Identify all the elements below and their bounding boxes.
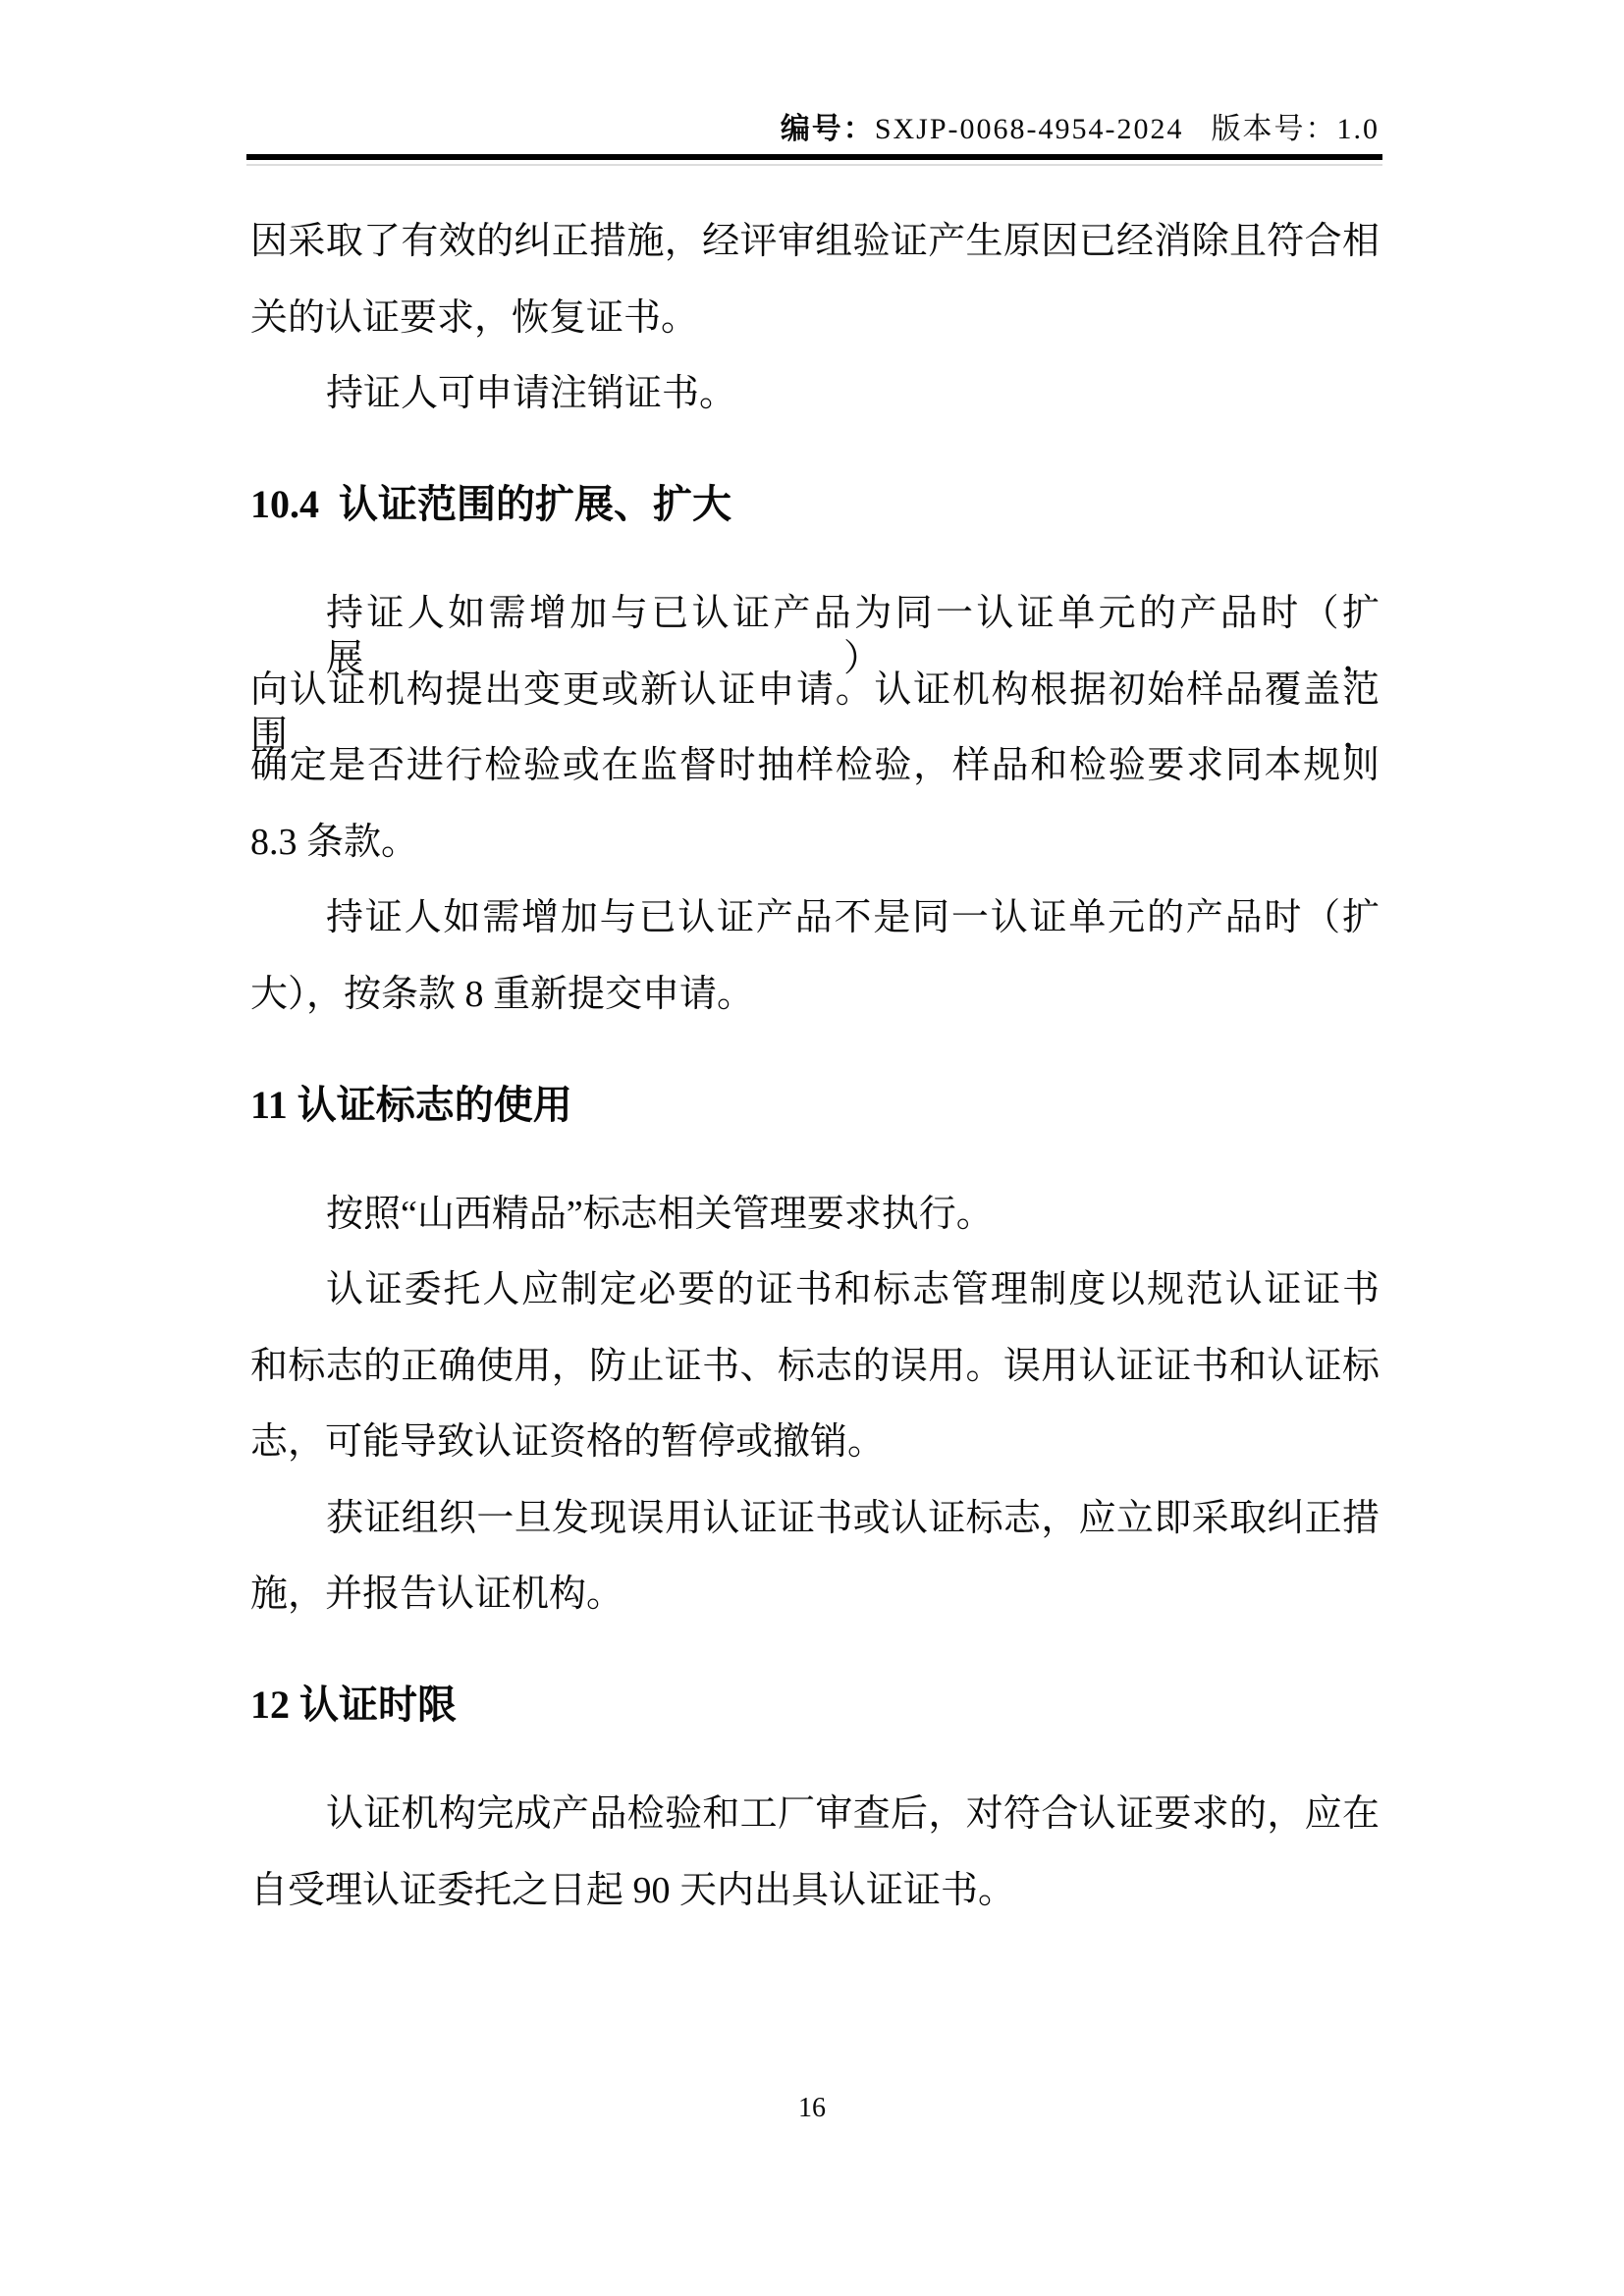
doc-number-label: 编号： xyxy=(781,113,875,145)
body-line: 因采取了有效的纠正措施，经评审组验证产生原因已经消除且符合相 xyxy=(250,219,1380,266)
body-line: 大），按条款 8 重新提交申请。 xyxy=(250,972,1380,1019)
doc-version-label: 版本号： xyxy=(1212,113,1337,145)
page-number: 16 xyxy=(0,2092,1624,2125)
document-page: 编号：SXJP-0068-4954-2024版本号：1.0 因采取了有效的纠正措… xyxy=(0,0,1624,2296)
body-line: 自受理认证委托之日起 90 天内出具认证证书。 xyxy=(250,1868,1380,1915)
body-line: 向认证机构提出变更或新认证申请。认证机构根据初始样品覆盖范围， xyxy=(250,667,1380,715)
body-line: 施，并报告认证机构。 xyxy=(250,1572,1380,1619)
body-line: 志，可能导致认证资格的暂停或撤销。 xyxy=(250,1419,1380,1467)
body-line: 持证人如需增加与已认证产品为同一认证单元的产品时（扩展）， xyxy=(250,591,1380,638)
doc-number-value: SXJP-0068-4954-2024 xyxy=(875,113,1184,145)
section-heading: 10.4 认证范围的扩展、扩大 xyxy=(250,481,1380,530)
body-line: 关的认证要求，恢复证书。 xyxy=(250,295,1380,343)
page-header: 编号：SXJP-0068-4954-2024版本号：1.0 xyxy=(250,110,1380,149)
body-line: 持证人可申请注销证书。 xyxy=(250,371,1380,418)
body-line: 和标志的正确使用，防止证书、标志的误用。误用认证证书和认证标 xyxy=(250,1344,1380,1391)
body-line: 获证组织一旦发现误用认证证书或认证标志，应立即采取纠正措 xyxy=(250,1496,1380,1543)
body-line: 按照“山西精品”标志相关管理要求执行。 xyxy=(250,1192,1380,1239)
body-line: 确定是否进行检验或在监督时抽样检验，样品和检验要求同本规则 xyxy=(250,743,1380,790)
doc-version-value: 1.0 xyxy=(1337,113,1380,145)
section-heading: 12 认证时限 xyxy=(250,1682,1380,1731)
body-line: 8.3 条款。 xyxy=(250,820,1380,867)
body-line: 持证人如需增加与已认证产品不是同一认证单元的产品时（扩 xyxy=(250,895,1380,942)
body-line: 认证机构完成产品检验和工厂审查后，对符合认证要求的，应在 xyxy=(250,1791,1380,1839)
header-rule-thick xyxy=(246,154,1382,160)
body-line: 认证委托人应制定必要的证书和标志管理制度以规范认证证书 xyxy=(250,1267,1380,1314)
header-rule-thin xyxy=(246,164,1382,166)
section-heading: 11 认证标志的使用 xyxy=(250,1082,1380,1131)
